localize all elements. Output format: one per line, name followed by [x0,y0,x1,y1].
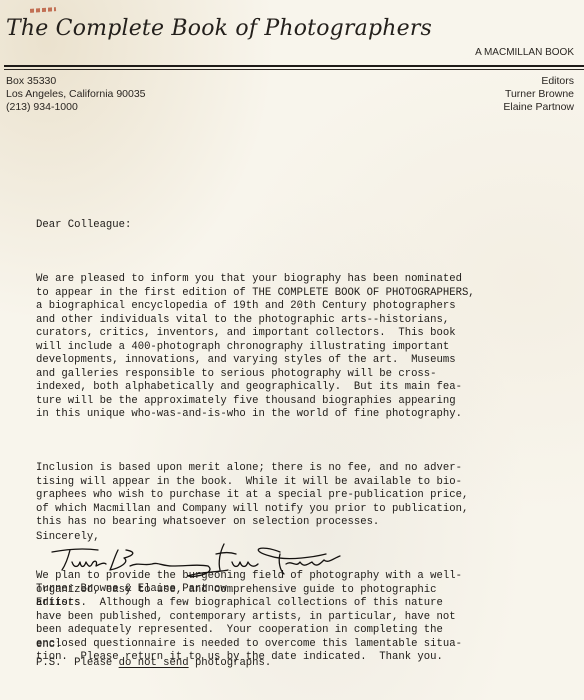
editor-name: Elaine Partnow [503,101,574,114]
publisher-label: A MACMILLAN BOOK [475,47,574,58]
header-rule-thin [4,69,584,70]
editors-label: Editors [503,75,574,88]
paragraph-1: We are pleased to inform you that your b… [36,273,475,422]
signer-names: Turner Browne & Elaine Partnow [36,583,227,597]
editor-name: Turner Browne [503,88,574,101]
ps-suffix: photographs. [189,657,272,669]
letterhead-title: The Complete Book of Photographers [6,16,432,41]
editors-block: Editors Turner Browne Elaine Partnow [503,75,574,114]
signers-block: Turner Browne & Elaine Partnow Editors [36,583,227,610]
handwritten-signature [48,542,348,580]
postscript: P.S. Please do not send photographs. [36,657,271,669]
enclosure-note: enc: [36,639,61,651]
signer-title: Editors [36,597,227,611]
ps-emphasis: do not send [119,657,189,669]
header-rule-thick [4,65,584,67]
ps-prefix: P.S. Please [36,657,119,669]
letter-body: Dear Colleague: We are pleased to inform… [36,192,475,692]
salutation: Dear Colleague: [36,219,475,233]
sender-address: Box 35330 Los Angeles, California 90035 … [6,75,146,114]
paragraph-2: Inclusion is based upon merit alone; the… [36,462,475,530]
address-line: (213) 934-1000 [6,101,146,114]
address-line: Box 35330 [6,75,146,88]
address-line: Los Angeles, California 90035 [6,88,146,101]
